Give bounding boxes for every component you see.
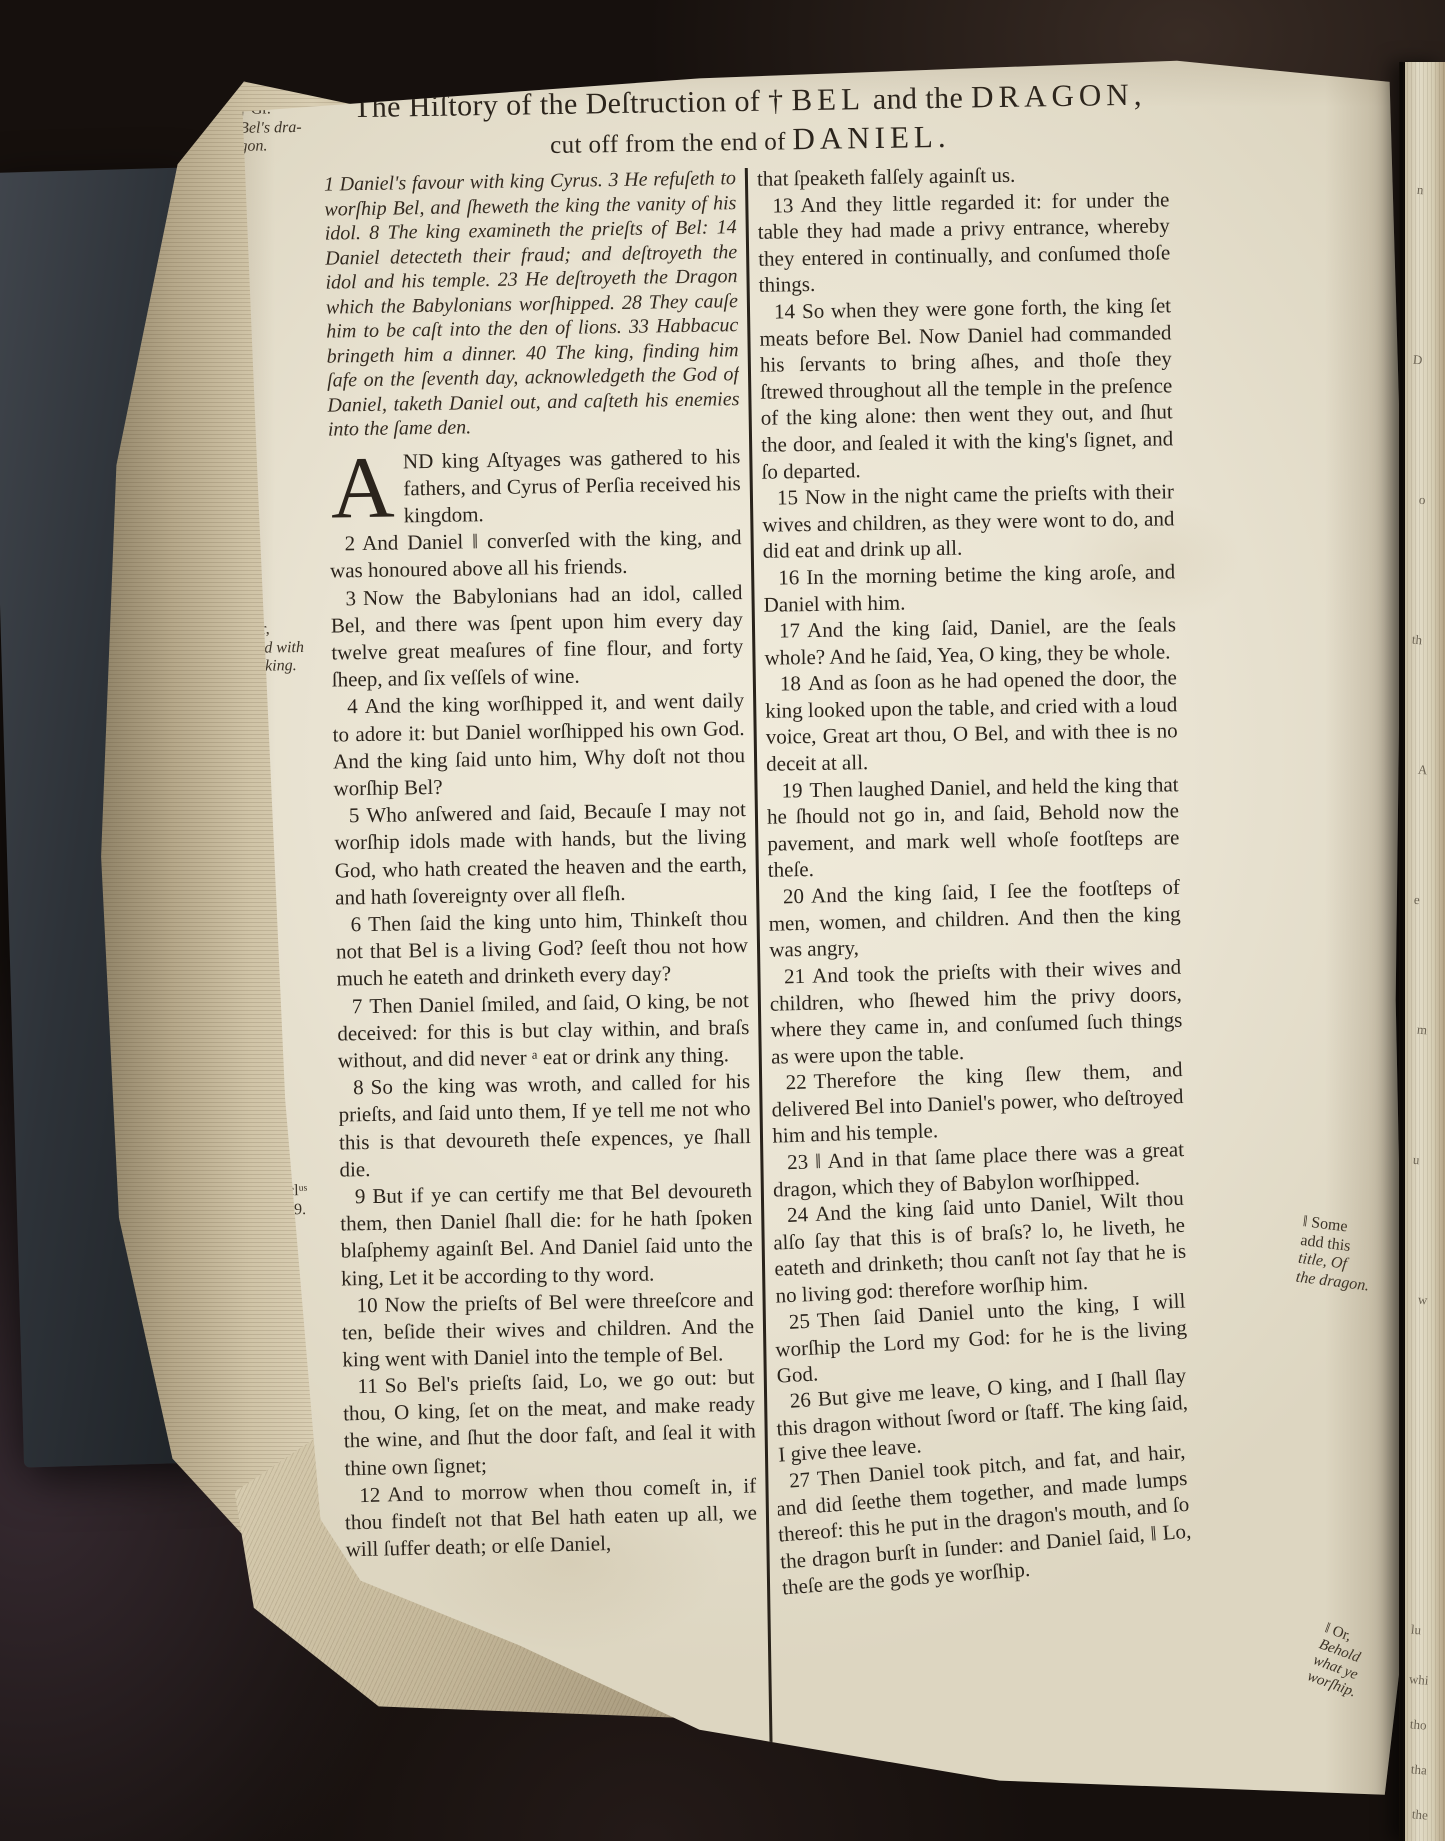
verse-text: Then Daniel took pitch, and fat, and hai…	[775, 1439, 1192, 1600]
verse-number: 23	[787, 1149, 809, 1174]
verse-text: In the morning betime the king aroſe, an…	[763, 559, 1175, 616]
verse: 17And the king ſaid, Daniel, are the ſea…	[764, 611, 1177, 671]
verse-number: 3	[345, 586, 356, 610]
verse: AND king Aſtyages was gathered to his fa…	[328, 443, 741, 531]
edge-text-fragment: m	[1416, 1022, 1427, 1039]
verse-number: 21	[784, 964, 806, 989]
verse: 19Then laughed Daniel, and held the king…	[766, 771, 1180, 884]
verse-text: And took the prieſts with their wives an…	[769, 954, 1182, 1068]
verse: 4And the king worſhipped it, and went da…	[332, 687, 746, 802]
verse-number: 14	[774, 299, 795, 323]
verse: 18And as ſoon as he had opened the door,…	[765, 665, 1179, 778]
verse-number: 11	[357, 1374, 378, 1398]
verse-text: Now in the night came the prieſts with t…	[762, 479, 1174, 563]
book-page: † Gr. Bel's dra- gon. The Hiſtory of the…	[205, 52, 1420, 1807]
photo-stage: † Gr. Bel's dra- gon. The Hiſtory of the…	[0, 0, 1445, 1841]
verse-number: 18	[780, 671, 801, 695]
verse-number: 2	[344, 531, 355, 555]
edge-text-fragment: lu	[1410, 1622, 1421, 1639]
verse-number: 25	[788, 1308, 810, 1333]
verse-text: And the king ſaid unto Daniel, Wilt thou…	[773, 1186, 1187, 1308]
verse-text: And as ſoon as he had opened the door, t…	[765, 666, 1178, 776]
verse-number: 10	[356, 1293, 377, 1317]
verse-number: 20	[783, 884, 805, 909]
right-column: that ſpeaketh falſely againſt us. 13And …	[757, 159, 1194, 1765]
left-column: 1 Daniel's favour with king Cyrus. 3 He …	[324, 166, 761, 1772]
verse: 16In the morning betime the king aroſe, …	[763, 558, 1176, 618]
verse-text: Who anſwered and ſaid, Becauſe I may not…	[334, 797, 747, 909]
facing-page-edge: n D o th A e m u w lu whi tho tha the	[1399, 62, 1445, 1841]
verse-text: Then Daniel ſmiled, and ſaid, O king, be…	[337, 988, 749, 1073]
verse-text: And they little regarded it: for under t…	[758, 187, 1171, 297]
verse-number: 15	[777, 485, 798, 509]
verse-text: ND king Aſtyages was gathered to his fat…	[403, 444, 741, 528]
verse: 5Who anſwered and ſaid, Becauſe I may no…	[334, 796, 748, 911]
verse-text: So Bel's prieſts ſaid, Lo, we go out: bu…	[343, 1365, 756, 1481]
verse-number: 19	[781, 778, 802, 802]
chapter-argument: 1 Daniel's favour with king Cyrus. 3 He …	[324, 166, 740, 442]
verse-text: And to morrow when thou comeſt in, if th…	[345, 1474, 757, 1562]
verse: 7Then Daniel ſmiled, and ſaid, O king, b…	[337, 987, 750, 1075]
verse: 21And took the prieſts with their wives …	[769, 953, 1183, 1069]
verse: 8So the king was wroth, and called for h…	[338, 1068, 752, 1183]
verse-text: Then laughed Daniel, and held the king t…	[767, 772, 1180, 882]
verse-text: So the king was wroth, and called for hi…	[338, 1069, 751, 1181]
verse-number: 16	[778, 565, 799, 589]
verse: 3Now the Babylonians had an idol, called…	[330, 579, 744, 694]
title-segment: cut off from the end of	[550, 128, 793, 159]
verse-number: 7	[352, 994, 363, 1018]
edge-text-fragment: tho	[1409, 1716, 1427, 1733]
verse-number: 17	[779, 618, 800, 642]
verse-number: 5	[349, 803, 360, 827]
verse: 20And the king ſaid, I ſee the footſteps…	[768, 874, 1182, 964]
verse: 6Then ſaid the king unto him, Thinkeſt t…	[335, 905, 748, 993]
edge-text-fragment: tha	[1410, 1761, 1427, 1778]
verse-text: Therefore the king ſlew them, and delive…	[771, 1057, 1184, 1148]
page-top-shading	[205, 52, 1420, 107]
verse-number: 13	[772, 193, 793, 217]
verse-number: 26	[789, 1388, 812, 1413]
verse-number: 9	[355, 1184, 366, 1208]
verse: 10Now the prieſts of Bel were threeſcore…	[341, 1286, 754, 1374]
edge-text-fragment: D	[1412, 352, 1423, 369]
verse: 11So Bel's prieſts ſaid, Lo, we go out: …	[342, 1364, 757, 1483]
verse-number: 12	[359, 1483, 381, 1508]
edge-text-fragment: the	[1411, 1806, 1428, 1823]
edge-text-fragment: th	[1411, 632, 1422, 649]
verse-text: And the king ſaid, Daniel, are the ſeals…	[764, 612, 1176, 669]
drop-cap: A	[328, 448, 404, 524]
edge-text-fragment: w	[1417, 1292, 1428, 1309]
verse-text: But if ye can certify me that Bel devour…	[340, 1178, 753, 1290]
verse-number: 22	[785, 1070, 807, 1095]
verse-number: 4	[347, 694, 358, 718]
verse-text: So when they were gone forth, the king ſ…	[759, 293, 1173, 483]
verse-number: 6	[350, 912, 361, 936]
verse: 15Now in the night came the prieſts with…	[762, 478, 1175, 564]
verse-text: Then ſaid the king unto him, Thinkeſt th…	[336, 906, 748, 991]
edge-text-fragment: A	[1417, 762, 1428, 779]
verse-text: And Daniel ‖ converſed with the king, an…	[330, 525, 742, 583]
edge-text-fragment: o	[1418, 492, 1426, 509]
verse: 13And they little regarded it: for under…	[757, 186, 1171, 299]
two-column-text: 1 Daniel's favour with king Cyrus. 3 He …	[324, 159, 1211, 1772]
page-content: † Gr. Bel's dra- gon. The Hiſtory of the…	[194, 43, 1436, 1817]
title-segment: DANIEL.	[792, 119, 951, 156]
edge-text-fragment: u	[1412, 1152, 1420, 1169]
edge-text-fragment: whi	[1408, 1671, 1429, 1689]
verse: 2And Daniel ‖ converſed with the king, a…	[329, 524, 742, 585]
verse-text: Now the Babylonians had an idol, called …	[331, 580, 744, 692]
verse: 9But if ye can certify me that Bel devou…	[340, 1177, 754, 1292]
verse-number: 27	[788, 1467, 811, 1493]
verse: 14So when they were gone forth, the king…	[759, 292, 1174, 485]
verse: 22Therefore the king ſlew them, and deli…	[770, 1056, 1184, 1149]
verse-text: Now the prieſts of Bel were threeſcore a…	[342, 1287, 754, 1372]
verse-text: And the king ſaid, I ſee the footſteps o…	[768, 875, 1180, 962]
edge-text-fragment: e	[1413, 892, 1420, 908]
verse-text: And the king worſhipped it, and went dai…	[332, 688, 745, 800]
edge-text-fragment: n	[1416, 182, 1424, 199]
verse-number: 24	[787, 1202, 809, 1227]
verse-number: 8	[353, 1075, 364, 1099]
verse: 12And to morrow when thou comeſt in, if …	[344, 1473, 758, 1565]
